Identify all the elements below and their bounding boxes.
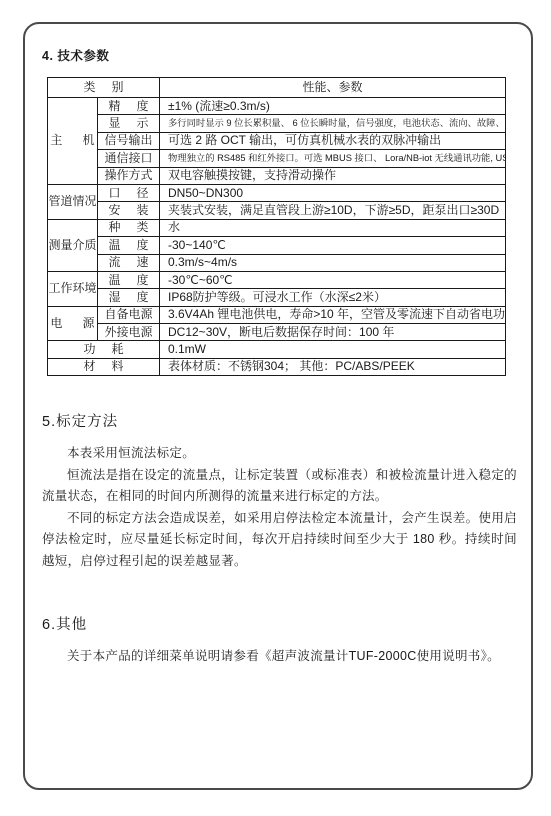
table-row: 外接电源 DC12~30V，断电后数据保存时间：100 年 <box>48 324 506 341</box>
spec-value: 双电容触摸按键，支持滑动操作 <box>160 167 506 184</box>
spec-value: DC12~30V，断电后数据保存时间：100 年 <box>160 324 506 341</box>
spec-label-material: 材 料 <box>48 358 160 375</box>
spec-value: 表体材质：不锈钢304； 其他：PC/ABS/PEEK <box>160 358 506 375</box>
spec-value: 多行同时显示 9 位长累积量、 6 位长瞬时量，信号强度，电池状态、流向、故障、… <box>160 115 506 132</box>
header-value-cell: 性能、参数 <box>160 78 506 98</box>
spec-label: 种 类 <box>98 219 160 236</box>
table-row: 工作环境 温 度 -30℃~60℃ <box>48 271 506 288</box>
spec-label: 温 度 <box>98 271 160 288</box>
group-cell-pipe: 管道情况 <box>48 184 98 219</box>
paragraph: 恒流法是指在设定的流量点，让标定装置（或标准表）和被检流量计进入稳定的流量状态，… <box>42 465 517 508</box>
spec-value: ±1% (流速≥0.3m/s) <box>160 98 506 115</box>
spec-label: 自备电源 <box>98 306 160 323</box>
section-tech-params-title: 4. 技术参数 <box>42 46 531 64</box>
table-row: 湿 度 IP68防护等级。可浸水工作（水深≤2米） <box>48 289 506 306</box>
spec-value: IP68防护等级。可浸水工作（水深≤2米） <box>160 289 506 306</box>
spec-value: 0.1mW <box>160 341 506 358</box>
table-row: 操作方式 双电容触摸按键，支持滑动操作 <box>48 167 506 184</box>
paragraph: 本表采用恒流法标定。 <box>42 443 517 465</box>
spec-value: 3.6V4Ah 锂电池供电，寿命>10 年，空管及零流速下自动省电功能 <box>160 306 506 323</box>
header-category-cell: 类 别 <box>48 78 160 98</box>
page-border: 4. 技术参数 类 别 性能、参数 主 机 精 度 ±1% (流速≥0.3m/s… <box>23 22 533 790</box>
spec-label: 温 度 <box>98 237 160 254</box>
spec-label: 湿 度 <box>98 289 160 306</box>
spec-label: 外接电源 <box>98 324 160 341</box>
section-calibration-title: 5.标定方法 <box>42 410 531 431</box>
spec-label: 安 装 <box>98 202 160 219</box>
spec-value: 水 <box>160 219 506 236</box>
table-row: 温 度 -30~140℃ <box>48 237 506 254</box>
table-row: 功 耗 0.1mW <box>48 341 506 358</box>
paragraph: 不同的标定方法会造成误差，如采用启停法检定本流量计，会产生误差。使用启停法检定时… <box>42 508 517 573</box>
table-row: 显 示 多行同时显示 9 位长累积量、 6 位长瞬时量，信号强度，电池状态、流向… <box>48 115 506 132</box>
spec-value: -30℃~60℃ <box>160 271 506 288</box>
spec-label: 精 度 <box>98 98 160 115</box>
table-row: 材 料 表体材质：不锈钢304； 其他：PC/ABS/PEEK <box>48 358 506 375</box>
table-row: 通信接口 物理独立的 RS485 和红外接口。可选 MBUS 接口、 Lora/… <box>48 150 506 167</box>
table-row: 测量介质 种 类 水 <box>48 219 506 236</box>
spec-label-power-consumption: 功 耗 <box>48 341 160 358</box>
group-cell-power: 电 源 <box>48 306 98 341</box>
group-cell-environment: 工作环境 <box>48 271 98 306</box>
spec-label: 显 示 <box>98 115 160 132</box>
table-row: 信号输出 可选 2 路 OCT 输出，可仿真机械水表的双脉冲输出 <box>48 132 506 149</box>
calibration-paragraphs: 本表采用恒流法标定。 恒流法是指在设定的流量点，让标定装置（或标准表）和被检流量… <box>42 443 517 572</box>
spec-value: 夹装式安装，满足直管段上游≥10D，下游≥5D，距泵出口≥30D （D为管道直径… <box>160 202 506 219</box>
spec-label: 信号输出 <box>98 132 160 149</box>
table-row: 电 源 自备电源 3.6V4Ah 锂电池供电，寿命>10 年，空管及零流速下自动… <box>48 306 506 323</box>
table-row: 流 速 0.3m/s~4m/s <box>48 254 506 271</box>
table-header-row: 类 别 性能、参数 <box>48 78 506 98</box>
spec-value: 0.3m/s~4m/s <box>160 254 506 271</box>
spec-value: 可选 2 路 OCT 输出，可仿真机械水表的双脉冲输出 <box>160 132 506 149</box>
spec-value: -30~140℃ <box>160 237 506 254</box>
spec-value: DN50~DN300 <box>160 184 506 201</box>
document-canvas: 4. 技术参数 类 别 性能、参数 主 机 精 度 ±1% (流速≥0.3m/s… <box>0 0 551 816</box>
group-cell-host: 主 机 <box>48 98 98 185</box>
group-cell-medium: 测量介质 <box>48 219 98 271</box>
section-other-title: 6.其他 <box>42 613 531 634</box>
other-paragraphs: 关于本产品的详细菜单说明请参看《超声波流量计TUF-2000C使用说明书》。 <box>42 646 517 668</box>
spec-label: 口 径 <box>98 184 160 201</box>
table-row: 安 装 夹装式安装，满足直管段上游≥10D，下游≥5D，距泵出口≥30D （D为… <box>48 202 506 219</box>
spec-value: 物理独立的 RS485 和红外接口。可选 MBUS 接口、 Lora/NB-io… <box>160 150 506 167</box>
table-row: 主 机 精 度 ±1% (流速≥0.3m/s) <box>48 98 506 115</box>
spec-label: 流 速 <box>98 254 160 271</box>
spec-table: 类 别 性能、参数 主 机 精 度 ±1% (流速≥0.3m/s) 显 示 多行… <box>47 77 506 376</box>
spec-label: 通信接口 <box>98 150 160 167</box>
table-row: 管道情况 口 径 DN50~DN300 <box>48 184 506 201</box>
spec-label: 操作方式 <box>98 167 160 184</box>
paragraph: 关于本产品的详细菜单说明请参看《超声波流量计TUF-2000C使用说明书》。 <box>42 646 517 668</box>
